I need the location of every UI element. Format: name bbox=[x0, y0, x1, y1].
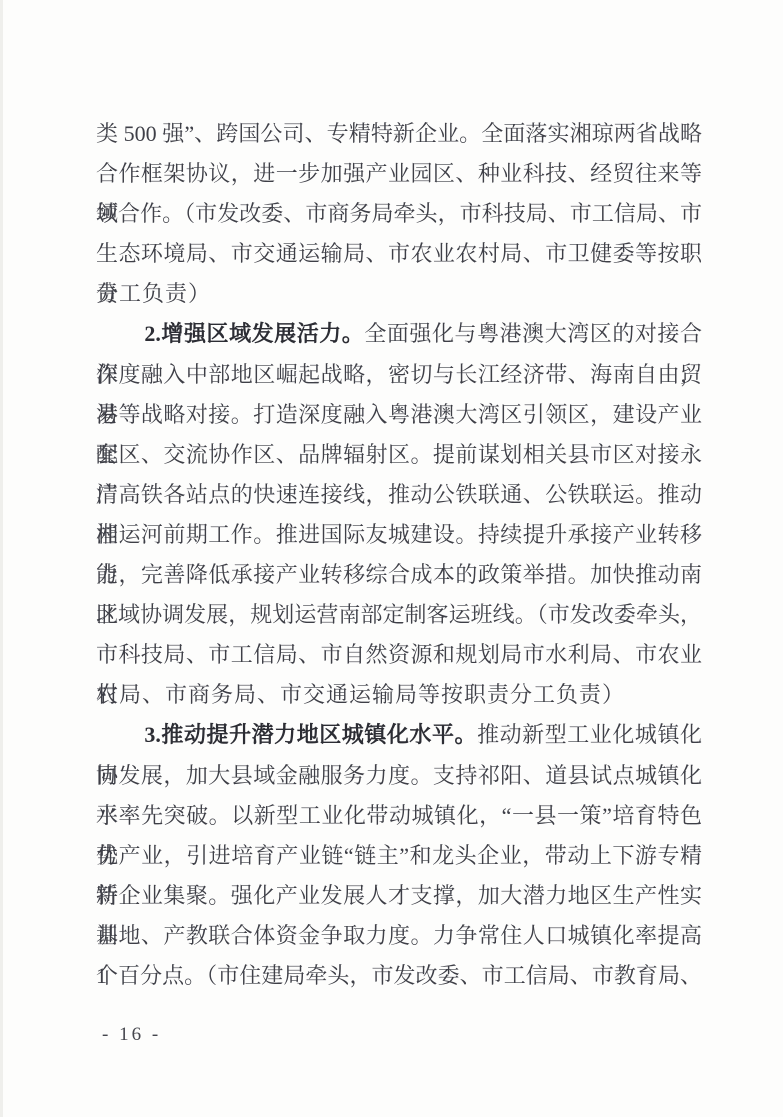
text-line: 同发展，加大县域金融服务力度。支持祁阳、道县试点城镇化水 bbox=[96, 756, 702, 796]
scan-edge-shadow bbox=[0, 0, 3, 1117]
page-number: - 16 - bbox=[102, 1024, 161, 1046]
document-text-block: 类 500 强”、跨国公司、专精特新企业。全面落实湘琼两省战略合作框架协议，进一… bbox=[96, 114, 702, 996]
text-line: 基地、产教联合体资金争取力度。力争常住人口城镇化率提高 1 bbox=[96, 916, 702, 956]
text-line: 新企业集聚。强化产业发展人才支撑，加大潜力地区生产性实训 bbox=[96, 876, 702, 916]
paragraph-number-heading: 2.增强区域发展活力。 bbox=[144, 321, 364, 346]
text-line: 类 500 强”、跨国公司、专精特新企业。全面落实湘琼两省战略 bbox=[96, 114, 702, 154]
line-text: 个百分点。（市住建局牵头，市发改委、市工信局、市教育局、 bbox=[96, 963, 702, 988]
text-line: 区域协调发展，规划运营南部定制客运班线。（市发改委牵头， bbox=[96, 595, 702, 635]
text-line: 2.增强区域发展活力。全面强化与粤港澳大湾区的对接合作， bbox=[96, 314, 702, 354]
text-line: 个百分点。（市住建局牵头，市发改委、市工信局、市教育局、 bbox=[96, 956, 702, 996]
text-line: 域合作。（市发改委、市商务局牵头，市科技局、市工信局、市 bbox=[96, 194, 702, 234]
text-line: 村局、市商务局、市交通运输局等按职责分工负责） bbox=[96, 675, 702, 715]
line-text: 域合作。（市发改委、市商务局牵头，市科技局、市工信局、市 bbox=[96, 201, 702, 226]
text-line: 港等战略对接。打造深度融入粤港澳大湾区引领区，建设产业配 bbox=[96, 395, 702, 435]
line-text: 村局、市商务局、市交通运输局等按职责分工负责） bbox=[96, 682, 625, 707]
text-line: 深度融入中部地区崛起战略，密切与长江经济带、海南自由贸易 bbox=[96, 355, 702, 395]
text-line: 广高铁各站点的快速连接线，推动公铁联通、公铁联运。推动湘 bbox=[96, 475, 702, 515]
text-line: 3.推动提升潜力地区城镇化水平。推动新型工业化城镇化协 bbox=[96, 715, 702, 755]
text-line: 套区、交流协作区、品牌辐射区。提前谋划相关县市区对接永清 bbox=[96, 435, 702, 475]
line-text: 分工负责） bbox=[96, 281, 211, 306]
text-line: 分工负责） bbox=[96, 274, 702, 314]
text-line: 生态环境局、市交通运输局、市农业农村局、市卫健委等按职责 bbox=[96, 234, 702, 274]
text-line: 桂运河前期工作。推进国际友城建设。持续提升承接产业转移能 bbox=[96, 515, 702, 555]
document-page: 类 500 强”、跨国公司、专精特新企业。全面落实湘琼两省战略合作框架协议，进一… bbox=[0, 0, 783, 1117]
text-line: 力，完善降低承接产业转移综合成本的政策举措。加快推动南北 bbox=[96, 555, 702, 595]
paragraph-number-heading: 3.推动提升潜力地区城镇化水平。 bbox=[144, 722, 477, 747]
line-text: 类 500 强”、跨国公司、专精特新企业。全面落实湘琼两省战略 bbox=[96, 121, 702, 146]
text-line: 合作框架协议，进一步加强产业园区、种业科技、经贸往来等领 bbox=[96, 154, 702, 194]
text-line: 平率先突破。以新型工业化带动城镇化，“一县一策”培育特色优 bbox=[96, 796, 702, 836]
text-line: 市科技局、市工信局、市自然资源和规划局市水利局、市农业农 bbox=[96, 635, 702, 675]
text-line: 势产业，引进培育产业链“链主”和龙头企业，带动上下游专精特 bbox=[96, 836, 702, 876]
line-text: 区域协调发展，规划运营南部定制客运班线。（市发改委牵头， bbox=[96, 602, 702, 627]
